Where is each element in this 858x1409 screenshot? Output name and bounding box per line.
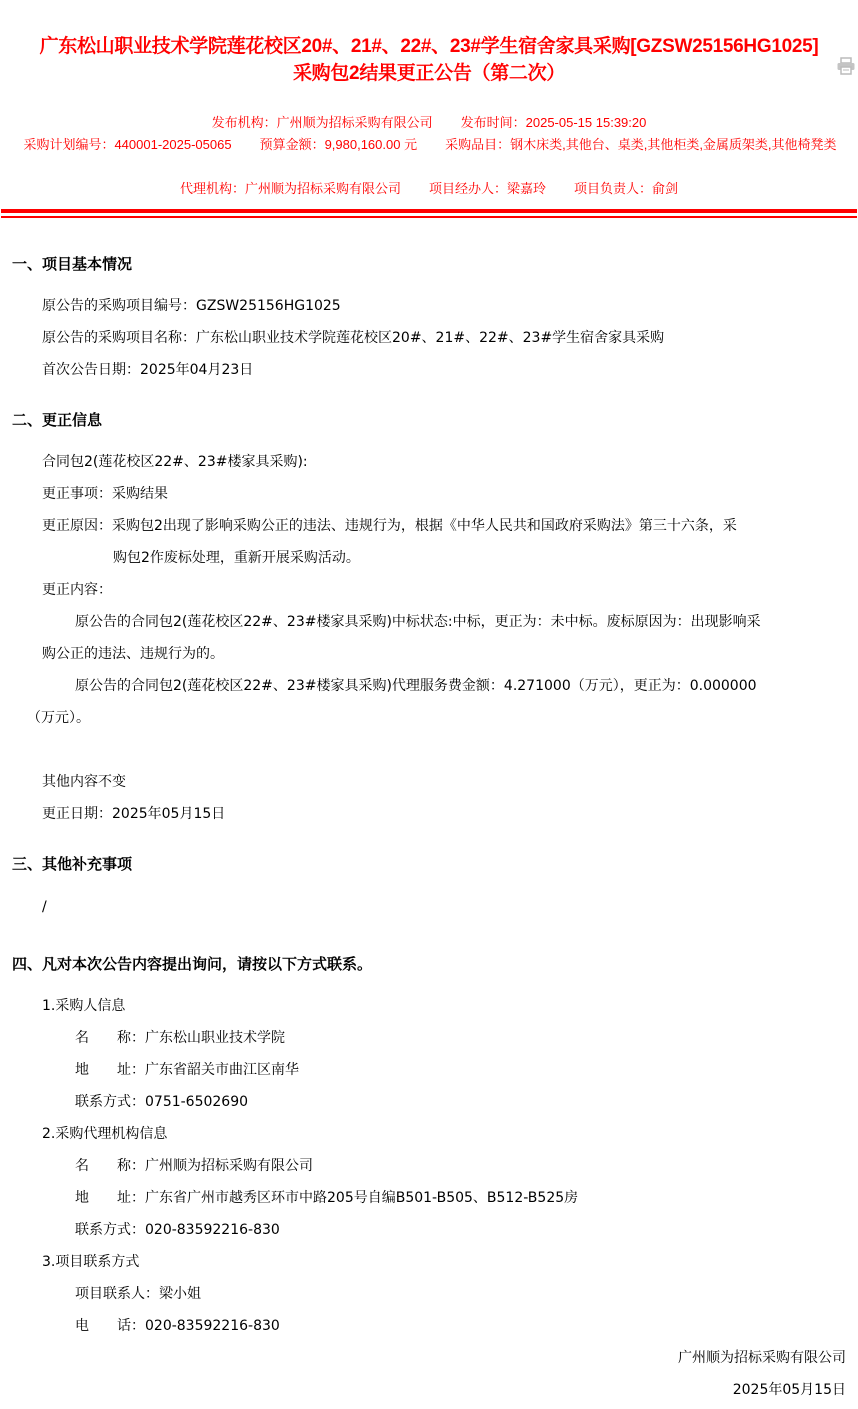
publish-time: 发布时间：2025-05-15 15:39:20 <box>461 115 647 130</box>
header-divider-thick <box>1 209 857 213</box>
correction-reason-text-2: 购包2作废标处理，重新开展采购活动。 <box>113 547 360 567</box>
section2-heading: 二、更正信息 <box>12 409 102 430</box>
correction-reason-text-1: 采购包2出现了影响采购公正的违法、违规行为，根据《中华人民共和国政府采购法》第三… <box>112 518 737 534</box>
notice-title-line1: 广东松山职业技术学院莲花校区20#、21#、22#、23#学生宿舍家具采购[GZ… <box>0 31 858 58</box>
section3-content: / <box>42 899 47 915</box>
correction-content-label: 更正内容： <box>42 579 112 599</box>
project-leader: 项目负责人：俞剑 <box>574 181 678 196</box>
other-unchanged: 其他内容不变 <box>42 771 126 791</box>
correction-reason-label: 更正原因： <box>42 518 112 534</box>
meta-row-3: 代理机构：广州顺为招标采购有限公司项目经办人：梁嘉玲项目负责人：俞剑 <box>0 178 858 197</box>
project-contact-title: 3.项目联系方式 <box>42 1251 139 1271</box>
notice-title-line2: 采购包2结果更正公告（第二次） <box>0 58 858 85</box>
project-contact-phone: 电 话：020-83592216-830 <box>75 1315 280 1335</box>
contract-package: 合同包2(莲花校区22#、23#楼家具采购): <box>42 451 308 471</box>
correction-reason: 更正原因：采购包2出现了影响采购公正的违法、违规行为，根据《中华人民共和国政府采… <box>42 515 737 535</box>
original-project-number: 原公告的采购项目编号：GZSW25156HG1025 <box>42 295 341 315</box>
section3-heading: 三、其他补充事项 <box>12 853 132 874</box>
meta-row-1: 发布机构：广州顺为招标采购有限公司发布时间：2025-05-15 15:39:2… <box>0 112 858 131</box>
agency-info-title: 2.采购代理机构信息 <box>42 1123 167 1143</box>
printer-icon[interactable] <box>836 57 856 75</box>
correction-date: 更正日期：2025年05月15日 <box>42 803 225 823</box>
footer-org: 广州顺为招标采购有限公司 <box>678 1347 846 1367</box>
project-handler: 项目经办人：梁嘉玲 <box>429 181 546 196</box>
purchaser-name: 名 称：广东松山职业技术学院 <box>75 1027 285 1047</box>
plan-number: 采购计划编号：440001-2025-05065 <box>23 137 231 152</box>
agency-name: 名 称：广州顺为招标采购有限公司 <box>75 1155 313 1175</box>
purchaser-address: 地 址：广东省韶关市曲江区南华 <box>75 1059 299 1079</box>
agency-address: 地 址：广东省广州市越秀区环市中路205号自编B501-B505、B512-B5… <box>75 1187 578 1207</box>
purchaser-contact: 联系方式：0751-6502690 <box>75 1091 248 1111</box>
first-notice-date: 首次公告日期：2025年04月23日 <box>42 359 253 379</box>
meta-row-2: 采购计划编号：440001-2025-05065预算金额：9,980,160.0… <box>4 136 856 154</box>
original-project-name: 原公告的采购项目名称：广东松山职业技术学院莲花校区20#、21#、22#、23#… <box>42 327 664 347</box>
correction-content-1b: 购公正的违法、违规行为的。 <box>42 643 224 663</box>
publisher: 发布机构：广州顺为招标采购有限公司 <box>212 115 433 130</box>
section4-heading: 四、凡对本次公告内容提出询问，请按以下方式联系。 <box>12 953 372 974</box>
footer-date: 2025年05月15日 <box>733 1379 846 1399</box>
section1-heading: 一、项目基本情况 <box>12 253 132 274</box>
correction-content-1a: 原公告的合同包2(莲花校区22#、23#楼家具采购)中标状态:中标，更正为：未中… <box>75 611 761 631</box>
purchaser-info-title: 1.采购人信息 <box>42 995 125 1015</box>
project-contact-person: 项目联系人：梁小姐 <box>75 1283 201 1303</box>
procurement-items: 采购品目：钢木床类,其他台、桌类,其他柜类,金属质架类,其他椅凳类 <box>445 137 836 152</box>
correction-content-2a: 原公告的合同包2(莲花校区22#、23#楼家具采购)代理服务费金额：4.2710… <box>75 675 757 695</box>
header-divider-thin <box>1 216 857 218</box>
budget-amount: 预算金额：9,980,160.00 元 <box>260 137 418 152</box>
correction-matter: 更正事项：采购结果 <box>42 483 168 503</box>
agency-contact: 联系方式：020-83592216-830 <box>75 1219 280 1239</box>
correction-content-2b: （万元）。 <box>27 707 90 727</box>
agency: 代理机构：广州顺为招标采购有限公司 <box>180 181 401 196</box>
